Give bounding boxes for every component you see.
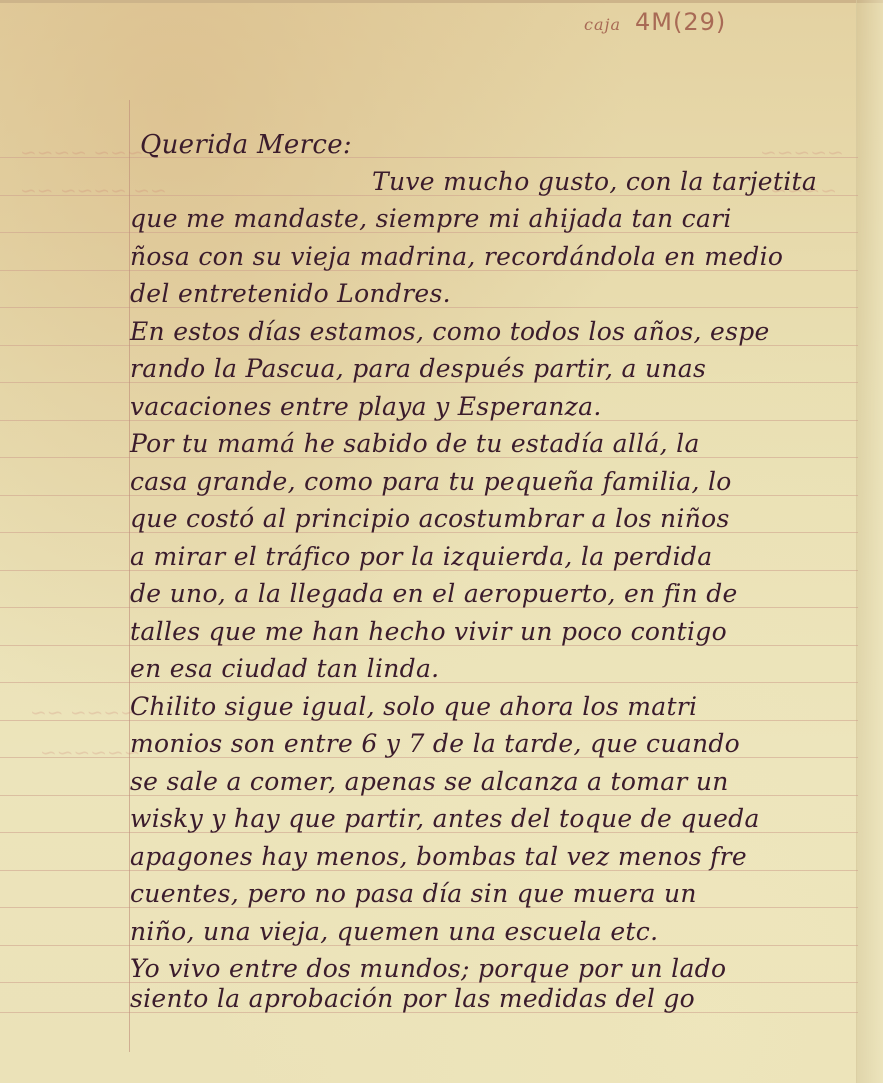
- bleed-through-text: ~~ ~~~~ ~~: [20, 178, 167, 202]
- letter-line: En estos días estamos, como todos los añ…: [130, 317, 770, 347]
- letter-line: a mirar el tráfico por la izquierda, la …: [130, 542, 712, 572]
- letter-line: Chilito sigue igual, solo que ahora los …: [130, 692, 697, 722]
- archive-reference: caja4M(29): [584, 8, 726, 36]
- letter-line: Por tu mamá he sabido de tu estadía allá…: [130, 429, 700, 459]
- archive-code: 4M(29): [635, 8, 726, 36]
- letter-line: que costó al principio acostumbrar a los…: [130, 504, 730, 534]
- letter-line: monios son entre 6 y 7 de la tarde, que …: [130, 729, 740, 759]
- paper-right-edge: [856, 0, 883, 1083]
- bleed-through-text: ~~~~~: [760, 140, 844, 164]
- bleed-through-text: ~~~~~~: [40, 740, 141, 764]
- letter-line: Yo vivo entre dos mundos; porque por un …: [130, 954, 726, 984]
- letter-line: rando la Pascua, para después partir, a …: [130, 354, 706, 384]
- letter-line: que me mandaste, siempre mi ahijada tan …: [130, 204, 732, 234]
- letter-line: se sale a comer, apenas se alcanza a tom…: [130, 767, 729, 797]
- letter-line: niño, una vieja, quemen una escuela etc.: [130, 917, 658, 947]
- bleed-through-text: ~~~~ ~~: [30, 700, 137, 724]
- letter-line: cuentes, pero no pasa día sin que muera …: [130, 879, 697, 909]
- letter-line: casa grande, como para tu pequeña famili…: [130, 467, 732, 497]
- greeting: Querida Merce:: [140, 130, 352, 160]
- letter-page: ~~~ ~~~~ ~~ ~~~~ ~~ ~~~~ ~~ ~~~~~~ ~~~~~…: [0, 0, 883, 1083]
- letter-line: Tuve mucho gusto, con la tarjetita: [372, 167, 817, 197]
- letter-line: wisky y hay que partir, antes del toque …: [130, 804, 760, 834]
- letter-line: ñosa con su vieja madrina, recordándola …: [130, 242, 783, 272]
- letter-line: del entretenido Londres.: [130, 279, 451, 309]
- letter-line: talles que me han hecho vivir un poco co…: [130, 617, 727, 647]
- bleed-through-text: ~~~ ~~~~: [20, 140, 144, 164]
- letter-line: en esa ciudad tan linda.: [130, 654, 439, 684]
- archive-box-label: caja: [584, 15, 621, 34]
- letter-line: siento la aprobación por las medidas del…: [130, 984, 695, 1014]
- letter-line: apagones hay menos, bombas tal vez menos…: [130, 842, 747, 872]
- letter-line: de uno, a la llegada en el aeropuerto, e…: [130, 579, 738, 609]
- letter-line: vacaciones entre playa y Esperanza.: [130, 392, 602, 422]
- paper-top-edge: [0, 0, 883, 3]
